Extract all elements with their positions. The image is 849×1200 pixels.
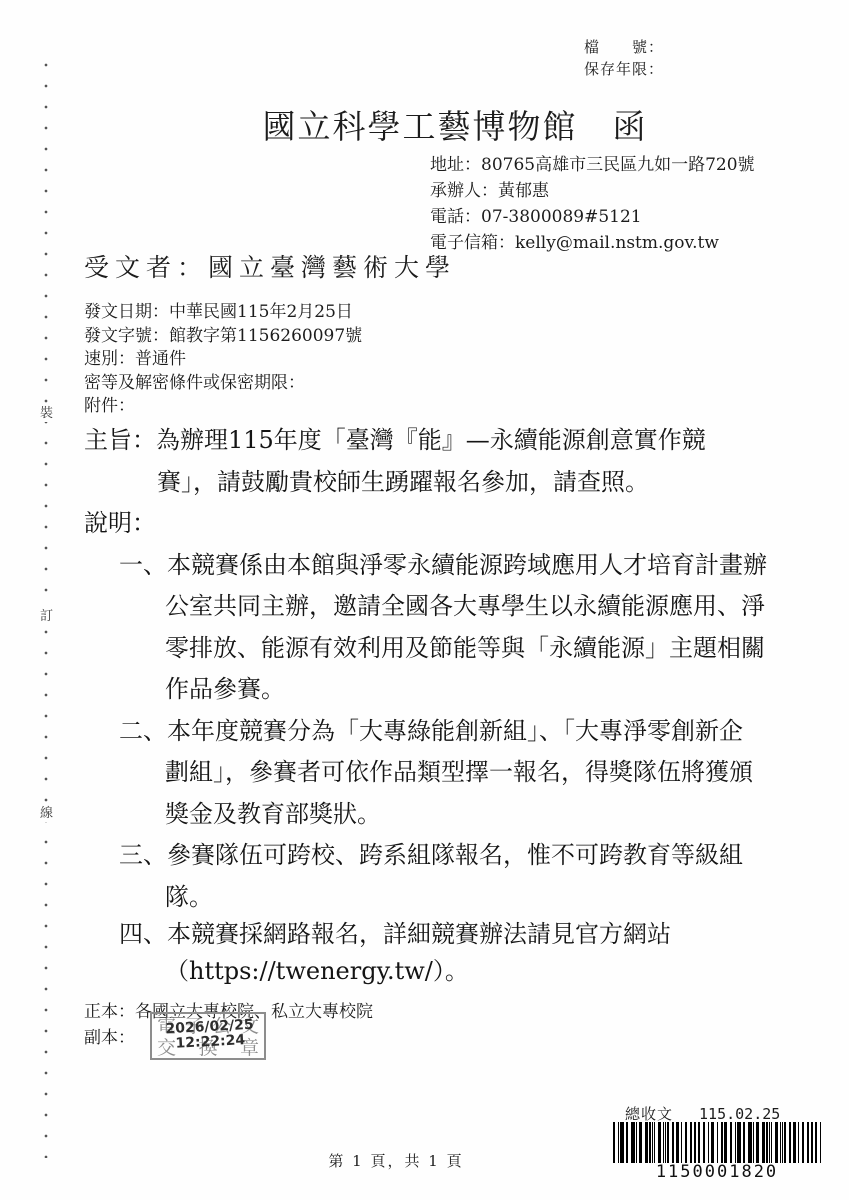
attachment-line: 附件：	[84, 395, 362, 419]
received-label: 總收文	[625, 1105, 673, 1123]
item-3-line-2: 隊。	[165, 881, 213, 913]
issue-date-line: 發文日期：中華民國115年2月25日	[84, 301, 362, 325]
item-2-line-1: 二、本年度競賽分為「大專綠能創新組」、「大專淨零創新企	[119, 715, 743, 747]
received-stamp-line: 總收文115.02.25	[625, 1103, 780, 1124]
binding-mark-zhuang: 裝	[40, 405, 53, 422]
document-title: 國立科學工藝博物館 函	[60, 101, 849, 148]
binding-mark-ding: 訂	[40, 608, 53, 625]
item-1-line-1: 一、本競賽係由本館與淨零永續能源跨域應用人才培育計畫辦	[119, 549, 767, 581]
sender-address: 地址：80765高雄市三民區九如一路720號	[430, 152, 755, 178]
sender-contact-person: 承辦人：黃郁惠	[430, 178, 755, 204]
binding-mark-xian: 線	[40, 805, 53, 822]
meta-block: 發文日期：中華民國115年2月25日 發文字號：館教字第1156260097號 …	[84, 301, 362, 419]
retention-period-label: 保存年限：	[584, 58, 664, 80]
item-1-line-4: 作品參賽。	[165, 673, 285, 705]
item-2-line-2: 劃組」，參賽者可依作品類型擇一報名，得獎隊伍將獲頒	[165, 756, 753, 788]
subject-line-1: 主旨：為辦理115年度「臺灣『能』—永續能源創意實作競	[84, 424, 706, 456]
carbon-copy-label: 副本：	[84, 1023, 135, 1048]
item-4-line-1: 四、本競賽採網路報名，詳細競賽辦法請見官方網站	[119, 918, 671, 950]
doc-number-line: 發文字號：館教字第1156260097號	[84, 325, 362, 349]
document-page: 裝 訂 線 檔 號： 保存年限： 國立科學工藝博物館 函 地址：80765高雄市…	[0, 0, 849, 1200]
subject-line-2: 賽」，請鼓勵貴校師生踴躍報名參加，請查照。	[157, 466, 649, 498]
received-date: 115.02.25	[699, 1105, 780, 1123]
item-3-line-1: 三、參賽隊伍可跨校、跨系組隊報名，惟不可跨教育等級組	[119, 839, 743, 871]
speed-line: 速別：普通件	[84, 348, 362, 372]
sender-info-block: 地址：80765高雄市三民區九如一路720號 承辦人：黃郁惠 電話：07-380…	[430, 152, 755, 256]
security-line: 密等及解密條件或保密期限：	[84, 372, 362, 396]
item-2-line-3: 獎金及教育部獎狀。	[165, 798, 381, 830]
file-number-label: 檔 號：	[584, 36, 664, 58]
item-1-line-3: 零排放、能源有效利用及節能等與「永續能源」主題相關	[165, 632, 765, 664]
file-number-block: 檔 號： 保存年限：	[584, 36, 664, 80]
sender-phone: 電話：07-3800089#5121	[430, 204, 755, 230]
sender-email: 電子信箱：kelly@mail.nstm.gov.tw	[430, 230, 755, 256]
explanation-label: 說明：	[84, 507, 156, 539]
page-footer: 第 1 頁，共 1 頁	[0, 1150, 792, 1171]
recipient-line: 受文者：國立臺灣藝術大學	[84, 248, 456, 284]
item-4-line-2: （https://twenergy.tw/）。	[165, 955, 469, 987]
electronic-exchange-stamp: 電子公文 交換章 2026/02/25 12:22:24	[150, 1012, 266, 1060]
item-1-line-2: 公室共同主辦，邀請全國各大專學生以永續能源應用、淨	[165, 590, 765, 622]
stamp-datetime: 2026/02/25 12:22:24	[151, 1017, 268, 1053]
